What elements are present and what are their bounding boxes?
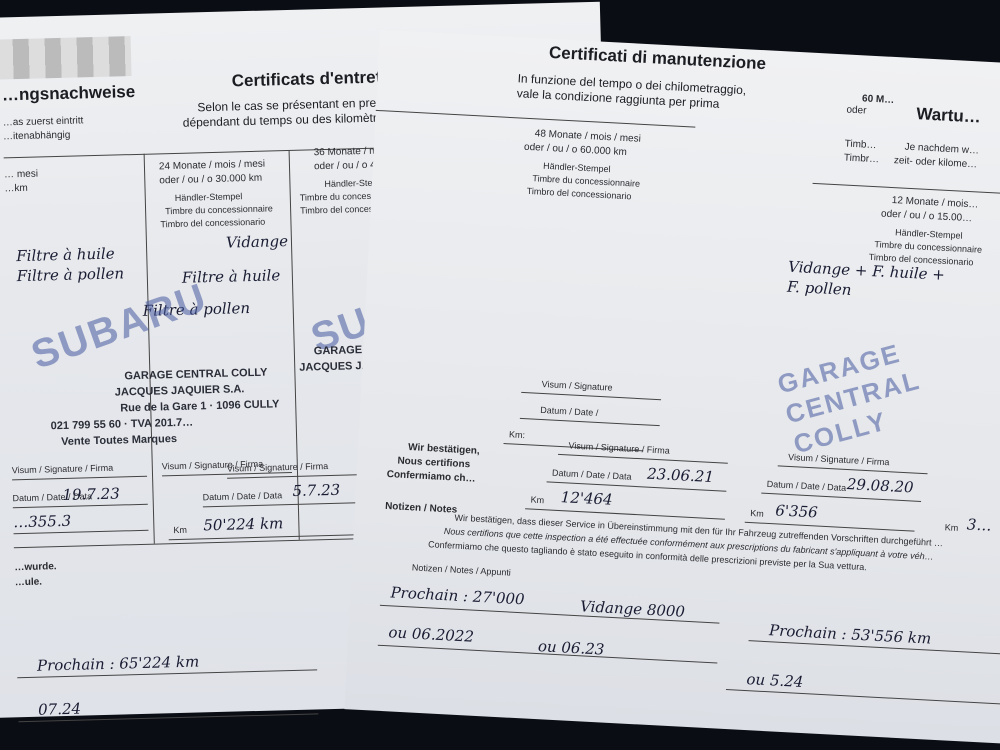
next-notes-line: [726, 689, 1000, 705]
main-visum-line: [558, 454, 728, 464]
next-date-label: Datum / Date / Data: [767, 479, 847, 493]
main-km-label: Km: [530, 495, 544, 506]
next-col-km: oder / ou / o 15.00…: [881, 208, 973, 224]
small-date-label: Datum / Date /: [540, 405, 598, 418]
column-divider: [144, 154, 155, 544]
col3-stamp-label-de: Händler-Stempel: [543, 161, 611, 175]
next-notes-km: Prochain : 53'556 km: [769, 621, 932, 647]
footer-text-1: …wurde.: [14, 561, 57, 573]
header-de-sub-1: …as zuerst eintritt: [3, 115, 84, 128]
next-km-value-2: 3…: [966, 515, 991, 534]
notes-next-km: Prochain : 27'000: [390, 583, 525, 608]
col1-stamp-label-it: Timbro del concessionario: [160, 217, 265, 230]
next-date-value: 29.08.20: [846, 475, 914, 496]
notes-next-date: 07.24: [38, 700, 81, 719]
next-interval-top: 60 M…: [862, 93, 895, 106]
dealer-address: Rue de la Gare 1 · 1096 CULLY: [120, 398, 279, 414]
col1-stamp-label-fr: Timbre du concessionnaire: [165, 203, 273, 216]
col0-visum-label: Visum / Signature / Firma: [12, 463, 114, 476]
next-visum-label: Visum / Signature / Firma: [788, 452, 890, 467]
next-work-2: F. pollen: [787, 278, 852, 299]
header-de-sub-2: …itenabhängig: [3, 130, 71, 143]
dealer-name: GARAGE CENTRAL COLLY: [124, 367, 267, 383]
dealer-note: Vente Toutes Marques: [61, 433, 177, 448]
col0-interval: … mesi: [4, 169, 38, 181]
col0-work-1: Filtre à huile: [16, 245, 115, 266]
next-km-label: Km: [750, 508, 764, 519]
title-it: Certificati di manutenzione: [549, 43, 767, 74]
main-date-value: 23.06.21: [647, 465, 715, 486]
dealer-owner: JACQUES JAQUIER S.A.: [115, 383, 245, 398]
col2-km-value: 50'224 km: [203, 514, 283, 534]
next-sub-1: Je nachdem w…: [904, 142, 979, 157]
col0-km-value: …355.3: [13, 512, 71, 532]
col1-interval: 24 Monate / mois / mesi: [159, 159, 265, 173]
col0-work-2: Filtre à pollen: [17, 264, 125, 285]
notes-next-service: Prochain : 65'224 km: [37, 652, 200, 674]
small-date-line: [520, 418, 660, 426]
notes-label-full: Notizen / Notes / Appunti: [412, 562, 511, 577]
col2-visum-label: Visum / Signature / Firma: [227, 461, 329, 474]
next-stamp-de: Händler-Stempel: [895, 227, 963, 241]
col1-km: oder / ou / o 30.000 km: [159, 173, 262, 187]
next-km-label-2: Km: [944, 522, 958, 533]
col1-stamp-label-de: Händler-Stempel: [175, 191, 243, 203]
confirm-fr: Nous certifions: [397, 456, 470, 471]
col1-work-1: Vidange: [226, 232, 289, 252]
next-oder: oder: [846, 105, 867, 117]
col3-stamp-label-it: Timbro del concessionario: [527, 186, 632, 201]
next-km-value: 6'356: [775, 501, 818, 521]
confirm-it: Confermiamo ch…: [386, 469, 475, 485]
dealer-phone: 021 799 55 60 · TVA 201.7…: [51, 417, 194, 433]
notes-date-1: ou 06.2022: [388, 623, 474, 645]
main-date-label: Datum / Date / Data: [552, 468, 632, 482]
small-km-label: Km:: [509, 429, 526, 440]
notes-label: Notizen / Notes: [385, 501, 458, 516]
right-page: Certificati di manutenzione In funzione …: [344, 30, 1000, 744]
small-visum-line: [521, 392, 661, 400]
next-sub-2: zeit- oder kilome…: [894, 155, 978, 170]
main-km-value: 12'464: [560, 488, 613, 509]
col0-km: …km: [4, 183, 28, 195]
footer-text-2: …ule.: [15, 577, 43, 589]
col2-km-label: Km: [173, 525, 187, 535]
subaru-stamp-watermark: SUBARU: [26, 275, 214, 379]
col0-date-value: 19.7.23: [62, 485, 120, 504]
main-visum-label: Visum / Signature / Firma: [568, 440, 670, 455]
next-visum-line: [778, 465, 928, 474]
next-col-interval: 12 Monate / mois…: [891, 195, 978, 211]
col0-date-line: [13, 504, 148, 509]
header-de-title: …ngsnachweise: [2, 82, 136, 105]
col0-visum-line: [12, 476, 147, 481]
next-divider: [813, 183, 1000, 196]
next-timbre-2: Timbr…: [844, 152, 880, 165]
brand-logo-pixelated: [0, 36, 132, 80]
next-title-de: Wartu…: [916, 104, 981, 127]
small-visum-label: Visum / Signature: [541, 379, 612, 393]
col2-date-value: 5.7.23: [292, 481, 340, 500]
confirm-de: Wir bestätigen,: [408, 442, 480, 457]
col3-km: oder / ou / o 60.000 km: [524, 142, 627, 158]
next-timbre-1: Timb…: [844, 138, 876, 151]
next-dealer-stamp: GARAGE CENTRAL COLLY: [774, 308, 1000, 460]
col2-date-label: Datum / Date / Data: [202, 490, 282, 502]
next-notes-date: ou 5.24: [746, 670, 804, 691]
header-divider: [376, 110, 696, 128]
